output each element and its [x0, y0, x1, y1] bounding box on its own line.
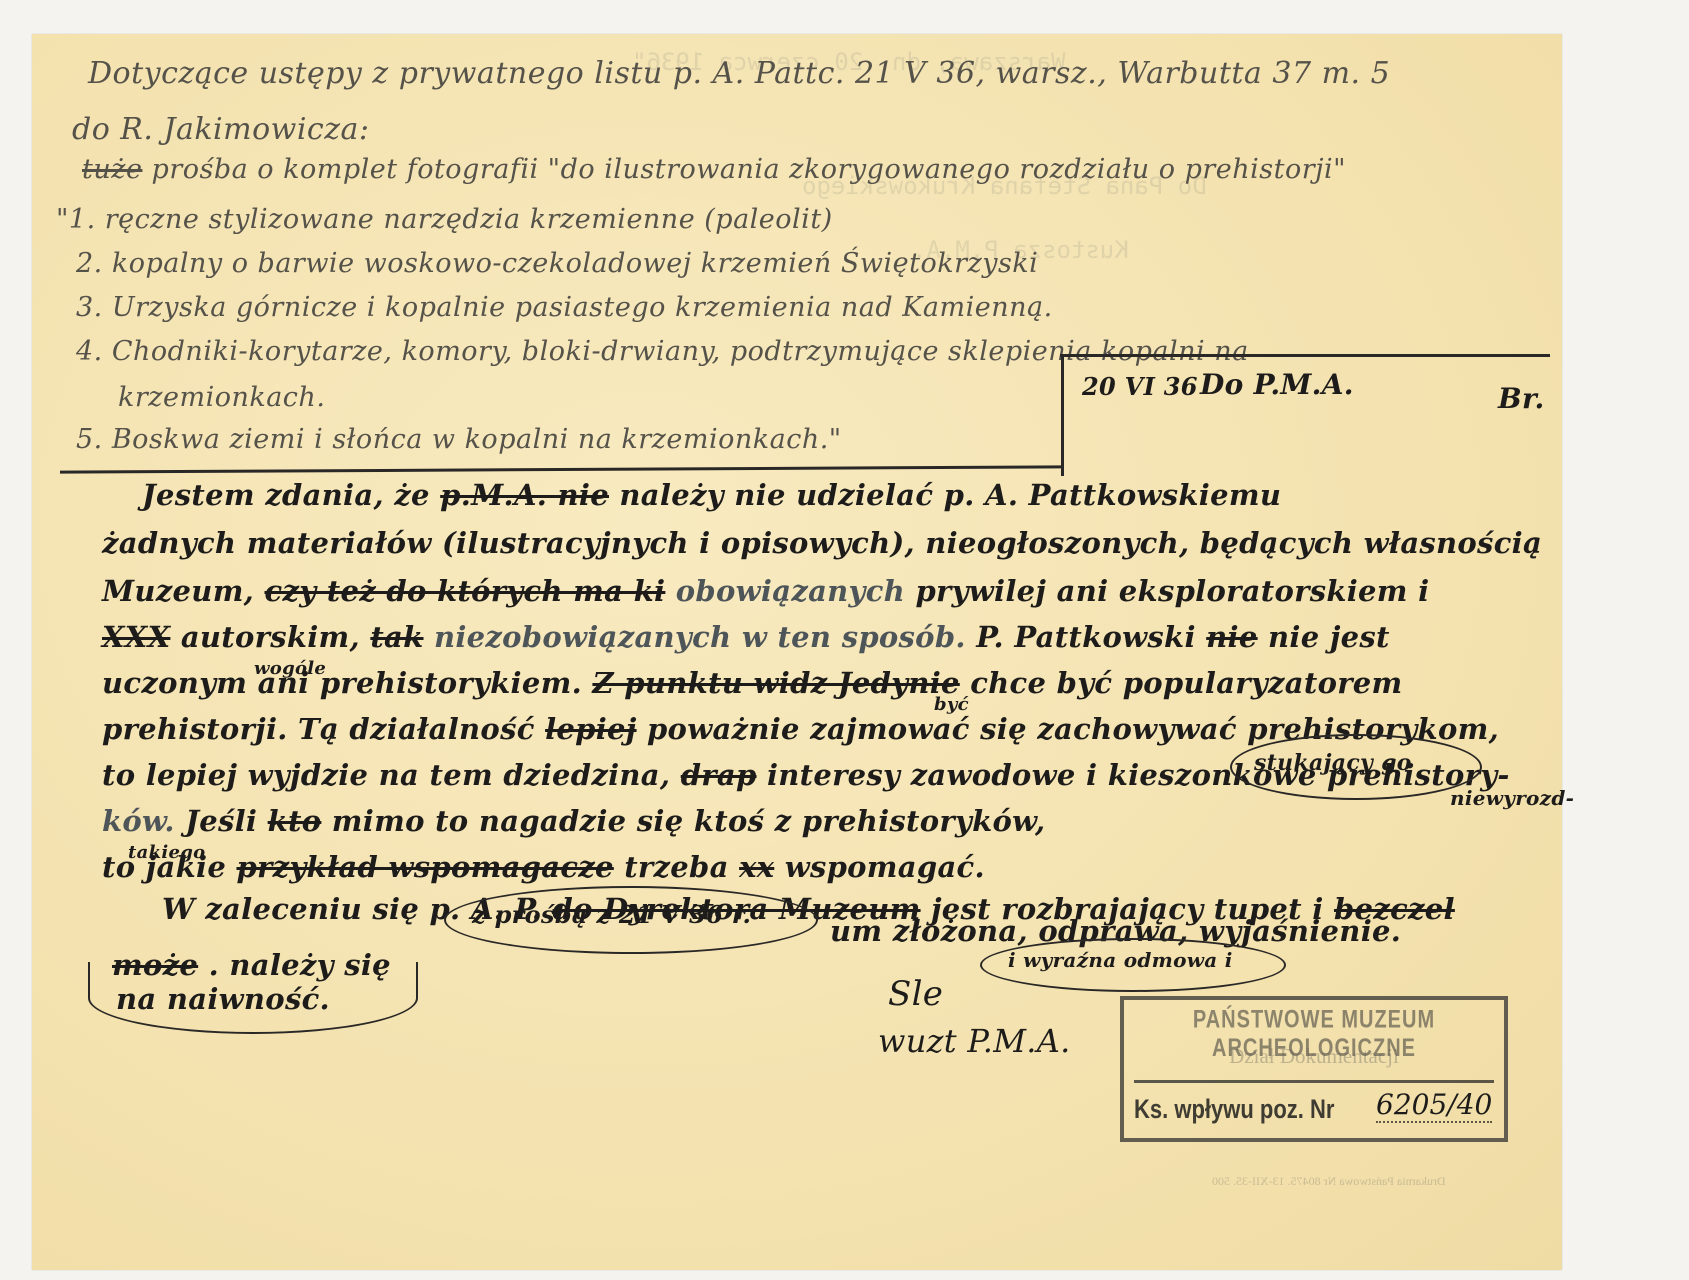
box-corner-mark: Br. [1498, 382, 1545, 415]
struck-text: xx [739, 850, 774, 884]
section-divider [60, 465, 1064, 473]
body-line-13: na naiwność. [116, 982, 330, 1016]
body-line-4: XXX autorskim, tak niezobowiązanych w te… [102, 620, 1390, 654]
stamp-divider [1134, 1080, 1494, 1083]
stamp-entry-value: 6205/40 [1376, 1088, 1492, 1123]
struck-text: nie [1206, 620, 1257, 654]
archive-stamp: PAŃSTWOWE MUZEUM ARCHEOLOGICZNE Dział Do… [1120, 996, 1508, 1142]
circled-text: stukający go [1254, 750, 1412, 776]
request-text: prośba o komplet fotografii "do ilustrow… [152, 154, 1347, 185]
box-left-rule [1061, 356, 1064, 476]
box-addressee: Do P.M.A. [1200, 368, 1354, 401]
signature-initials: Sle [888, 974, 943, 1014]
struck-text: lepiej [545, 712, 637, 746]
struck-text: przykład wspomagacze [236, 850, 613, 884]
body-text: to lepiej wyjdzie na tem dziedzina, [102, 758, 670, 792]
document-sheet: Warszawa, dn. 20 czerwca 1936" Do Pana S… [32, 34, 1562, 1270]
printer-note: Drukarnia Państwowa Nr 80475. 13-XII-35.… [1212, 1174, 1446, 1189]
body-text: uczonym ani prehistorykiem. [102, 666, 582, 700]
body-line-2: żadnych materiałów (ilustracyjnych i opi… [102, 526, 1542, 560]
body-text: należy nie udzielać p. A. Pattkowskiemu [619, 478, 1281, 512]
body-text: prywilej ani eksploratorskiem i [915, 574, 1429, 608]
list-item-4-cont: krzemionkach. [118, 382, 325, 413]
circled-date-text: z prośbą z 21 V 36 r. [472, 900, 751, 929]
body-line-8: ków. Jeśli kto mimo to nagadzie się ktoś… [102, 804, 1045, 838]
struck-text: XXX [102, 620, 170, 654]
body-text: poważnie zajmować się [647, 712, 1027, 746]
struck-word: tuże [82, 154, 142, 185]
body-line-9: to jakie przykład wspomagacze trzeba xx … [102, 850, 985, 884]
header-line-3: tuże prośba o komplet fotografii "do ilu… [82, 154, 1346, 185]
body-text: P. Pattkowski [976, 620, 1196, 654]
blue-ink-text: ków. [102, 804, 175, 838]
struck-text: tak [370, 620, 423, 654]
body-text: interesy zawodowe i [767, 758, 1097, 792]
body-text: zachowywać [1037, 712, 1237, 746]
stamp-department: Dział Dokumentacji [1124, 1044, 1504, 1069]
list-item-4: 4. Chodniki-korytarze, komory, bloki-drw… [76, 336, 1249, 367]
struck-text: czy też do których ma ki [264, 574, 665, 608]
body-line-5: uczonym ani prehistorykiem. Z punktu wid… [102, 666, 1403, 700]
struck-text: Z punktu widz Jedynie [592, 666, 959, 700]
body-line-1: Jestem zdania, że p.M.A. nie należy nie … [142, 478, 1281, 512]
body-text: wspomagać. [785, 850, 985, 884]
inserted-oval-text: i wyraźna odmowa i [1008, 948, 1233, 972]
box-date: 20 VI 36 [1082, 372, 1198, 401]
struck-text: drap [681, 758, 757, 792]
body-text: mimo to nagadzie się ktoś z prehistorykó… [332, 804, 1046, 838]
body-text: Muzeum, [102, 574, 254, 608]
body-text: prehistorji. Tą działalność [102, 712, 535, 746]
list-item-1: "1. ręczne stylizowane narzędzia krzemie… [56, 204, 833, 235]
header-line-1: Dotyczące ustępy z prywatnego listu p. A… [88, 56, 1390, 91]
stamp-entry-label: Ks. wpływu poz. Nr [1134, 1094, 1334, 1125]
margin-text: niewyrozd- [1450, 786, 1574, 810]
body-text: chce być popularyzatorem [970, 666, 1402, 700]
body-text: trzeba [624, 850, 728, 884]
body-text: autorskim, [181, 620, 360, 654]
struck-text: kto [268, 804, 322, 838]
list-item-3: 3. Urzyska górnicze i kopalnie pasiasteg… [76, 292, 1053, 323]
list-item-5: 5. Boskwa ziemi i słońca w kopalni na kr… [76, 424, 842, 455]
list-item-2: 2. kopalny o barwie woskowo-czekoladowej… [76, 248, 1038, 279]
body-line-3: Muzeum, czy też do których ma ki obowiąz… [102, 574, 1429, 608]
header-line-2: do R. Jakimowicza: [72, 112, 370, 147]
body-text: nie jest [1268, 620, 1390, 654]
box-top-rule [1060, 354, 1550, 357]
blue-ink-text: niezobowiązanych w ten sposób. [434, 620, 966, 654]
signature-name: wuzt P.M.A. [878, 1022, 1071, 1060]
body-text: to jakie [102, 850, 226, 884]
blue-ink-text: obowiązanych [676, 574, 905, 608]
body-text: Jeśli [185, 804, 257, 838]
body-text: Jestem zdania, że [142, 478, 430, 512]
struck-text: p.M.A. nie [440, 478, 609, 512]
